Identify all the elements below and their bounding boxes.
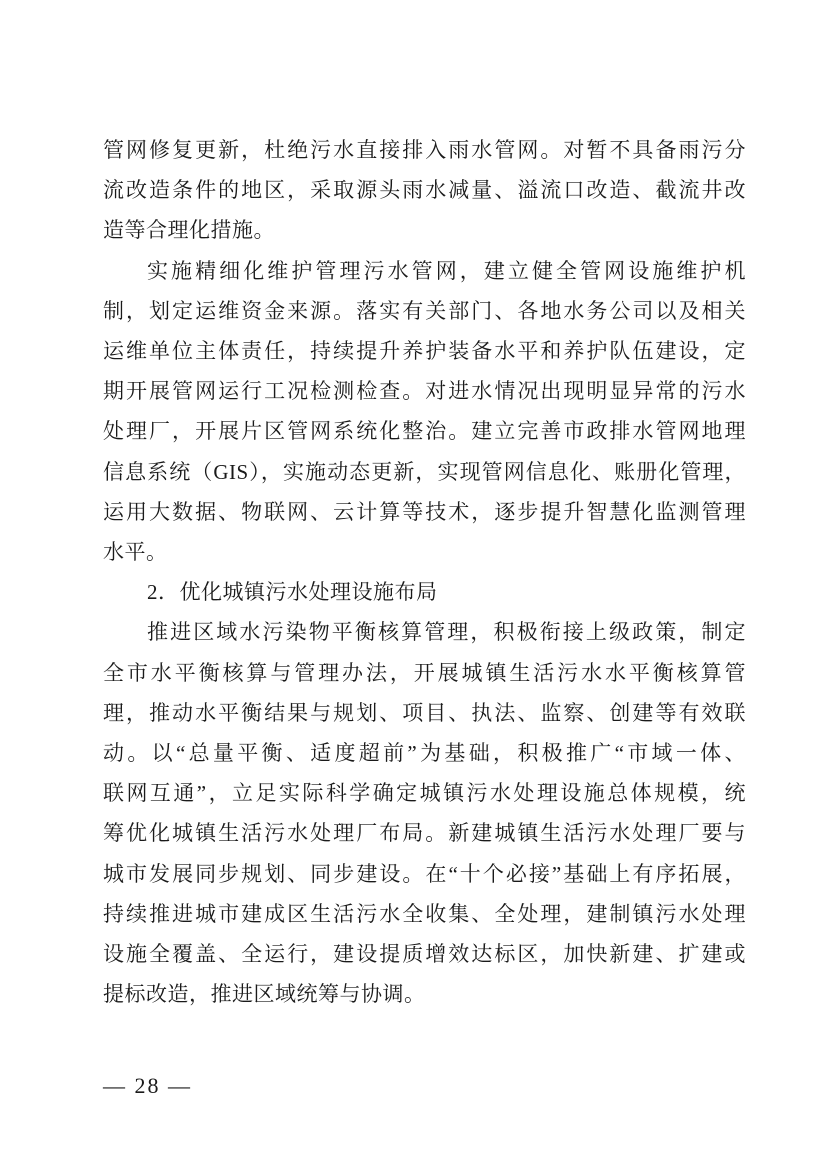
text-line: 持续推进城市建成区生活污水全收集、全处理，建制镇污水处理 bbox=[103, 894, 746, 934]
paragraph: 推进区域水污染物平衡核算管理，积极衔接上级政策，制定全市水平衡核算与管理办法，开… bbox=[103, 612, 746, 1014]
page-footer: — 28 — bbox=[103, 1066, 192, 1106]
text-line: 管网修复更新，杜绝污水直接排入雨水管网。对暂不具备雨污分 bbox=[103, 130, 746, 170]
text-line: 水平。 bbox=[103, 532, 746, 572]
section-heading: 2．优化城镇污水处理设施布局 bbox=[103, 572, 746, 612]
text-line: 推进区域水污染物平衡核算管理，积极衔接上级政策，制定 bbox=[103, 612, 746, 652]
text-line: 运维单位主体责任，持续提升养护装备水平和养护队伍建设，定 bbox=[103, 331, 746, 371]
text-line: 处理厂，开展片区管网系统化整治。建立完善市政排水管网地理 bbox=[103, 411, 746, 451]
text-line: 提标改造，推进区域统筹与协调。 bbox=[103, 974, 746, 1014]
text-line: 全市水平衡核算与管理办法，开展城镇生活污水水平衡核算管 bbox=[103, 653, 746, 693]
text-line: 2．优化城镇污水处理设施布局 bbox=[103, 572, 746, 612]
document-body: 管网修复更新，杜绝污水直接排入雨水管网。对暂不具备雨污分流改造条件的地区，采取源… bbox=[103, 130, 746, 1014]
paragraph: 实施精细化维护管理污水管网，建立健全管网设施维护机制，划定运维资金来源。落实有关… bbox=[103, 251, 746, 573]
paragraph: 管网修复更新，杜绝污水直接排入雨水管网。对暂不具备雨污分流改造条件的地区，采取源… bbox=[103, 130, 746, 251]
text-line: 动。以“总量平衡、适度超前”为基础，积极推广“市域一体、 bbox=[103, 733, 746, 773]
text-line: 流改造条件的地区，采取源头雨水减量、溢流口改造、截流井改 bbox=[103, 170, 746, 210]
text-line: 造等合理化措施。 bbox=[103, 210, 746, 250]
page-number: — 28 — bbox=[103, 1073, 192, 1098]
text-line: 城市发展同步规划、同步建设。在“十个必接”基础上有序拓展， bbox=[103, 854, 746, 894]
text-line: 筹优化城镇生活污水处理厂布局。新建城镇生活污水处理厂要与 bbox=[103, 813, 746, 853]
text-line: 信息系统（GIS），实施动态更新，实现管网信息化、账册化管理， bbox=[103, 452, 746, 492]
text-line: 实施精细化维护管理污水管网，建立健全管网设施维护机 bbox=[103, 251, 746, 291]
text-line: 理，推动水平衡结果与规划、项目、执法、监察、创建等有效联 bbox=[103, 693, 746, 733]
text-line: 运用大数据、物联网、云计算等技术，逐步提升智慧化监测管理 bbox=[103, 492, 746, 532]
document-page: 管网修复更新，杜绝污水直接排入雨水管网。对暂不具备雨污分流改造条件的地区，采取源… bbox=[0, 0, 826, 1169]
text-line: 制，划定运维资金来源。落实有关部门、各地水务公司以及相关 bbox=[103, 291, 746, 331]
text-line: 设施全覆盖、全运行，建设提质增效达标区，加快新建、扩建或 bbox=[103, 934, 746, 974]
text-line: 联网互通”，立足实际科学确定城镇污水处理设施总体规模，统 bbox=[103, 773, 746, 813]
text-line: 期开展管网运行工况检测检查。对进水情况出现明显异常的污水 bbox=[103, 371, 746, 411]
